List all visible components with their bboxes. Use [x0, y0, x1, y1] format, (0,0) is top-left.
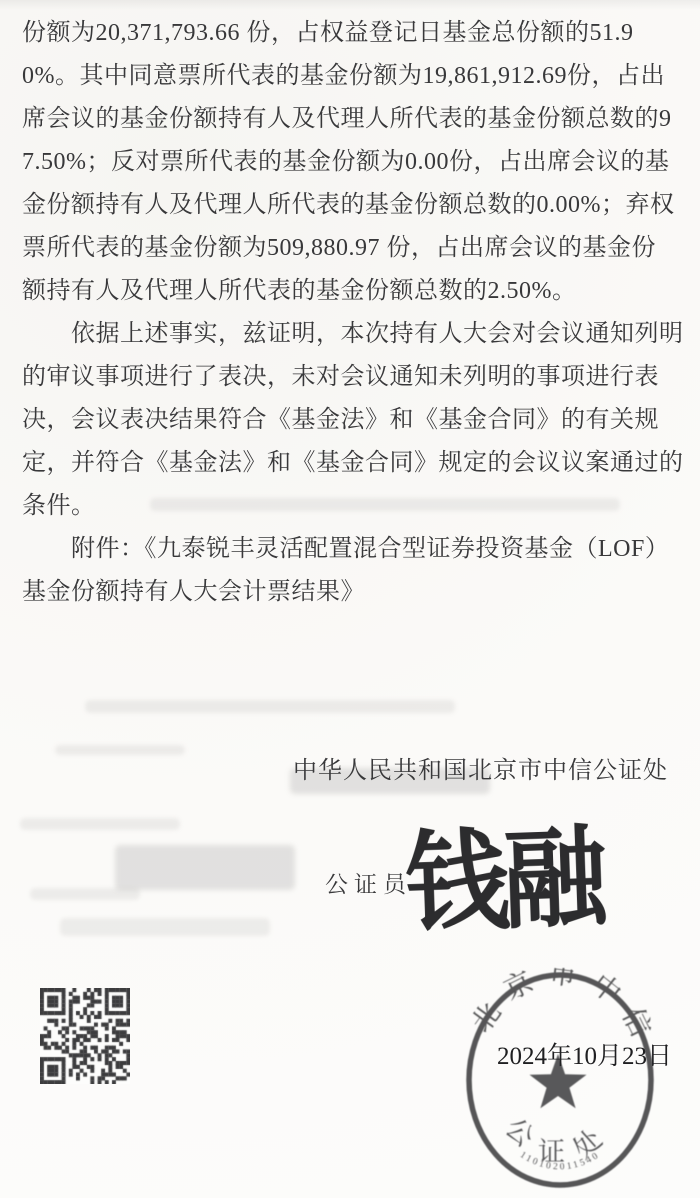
qr-code — [40, 988, 130, 1084]
body-text-line: 基金份额持有人大会计票结果》 — [22, 571, 682, 614]
bleed-through-artifact — [85, 700, 455, 713]
seal-date: 2024年10月23日 — [497, 1036, 672, 1072]
body-text-line: 0%。其中同意票所代表的基金份额为19,861,912.69份，占出 — [22, 55, 682, 98]
body-text-line: 依据上述事实，兹证明，本次持有人大会对会议通知列明 — [22, 313, 682, 356]
body-text-line: 票所代表的基金份额为509,880.97 份，占出席会议的基金份 — [22, 227, 682, 270]
body-text-line: 金份额持有人及代理人所代表的基金份额总数的0.00%；弃权 — [22, 184, 682, 227]
body-text-line: 的审议事项进行了表决，未对会议通知未列明的事项进行表 — [22, 356, 682, 399]
notary-seal: 北京市中信 公证处 110102011540 — [462, 968, 658, 1192]
bleed-through-artifact — [55, 745, 185, 755]
document-body: 份额为20,371,793.66 份，占权益登记日基金总份额的51.9 0%。其… — [22, 12, 682, 614]
body-text-line: 席会议的基金份额持有人及代理人所代表的基金份额总数的9 — [22, 98, 682, 141]
bleed-through-artifact — [30, 888, 140, 900]
bleed-through-artifact — [115, 845, 295, 890]
body-text-line: 定，并符合《基金法》和《基金合同》规定的会议议案通过的 — [22, 442, 682, 485]
body-text-line: 额持有人及代理人所代表的基金份额总数的2.50%。 — [22, 270, 682, 313]
seal-arc-text-bottom: 公证处 — [500, 1112, 621, 1167]
notary-signature: 钱融 — [402, 789, 603, 953]
body-text-line: 7.50%；反对票所代表的基金份额为0.00份，占出席会议的基 — [22, 141, 682, 184]
bleed-through-artifact — [150, 498, 620, 511]
body-text-line: 份额为20,371,793.66 份，占权益登记日基金总份额的51.9 — [22, 12, 682, 55]
notary-title-label: 公证员 — [325, 866, 412, 899]
bleed-through-artifact — [60, 918, 270, 936]
notary-document-page: 份额为20,371,793.66 份，占权益登记日基金总份额的51.9 0%。其… — [0, 0, 700, 1198]
svg-text:公证处: 公证处 — [500, 1112, 621, 1167]
issuing-authority: 中华人民共和国北京市中信公证处 — [293, 750, 668, 785]
body-text-line: 决，会议表决结果符合《基金法》和《基金合同》的有关规 — [22, 399, 682, 442]
body-text-line: 附件：《九泰锐丰灵活配置混合型证券投资基金（LOF） — [22, 528, 682, 571]
bleed-through-artifact — [20, 818, 180, 830]
